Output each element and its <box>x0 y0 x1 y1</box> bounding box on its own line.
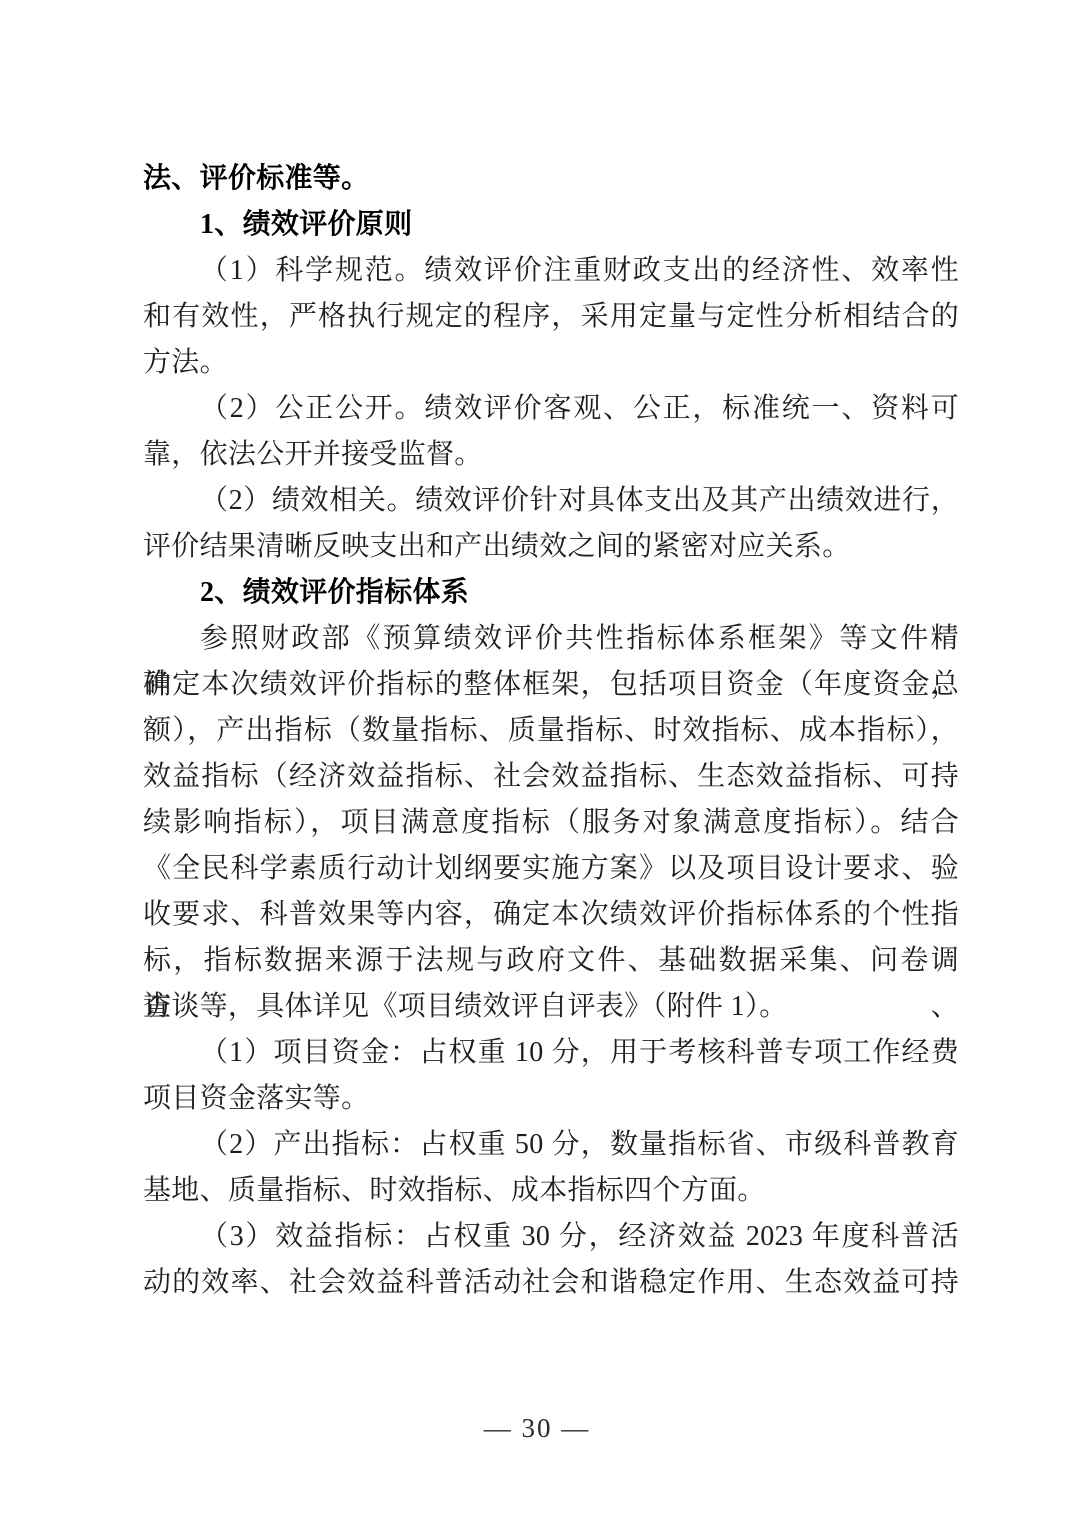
text-line: 基地、质量指标、时效指标、成本指标四个方面。 <box>143 1168 959 1214</box>
paragraph-principle-3: （2）绩效相关。绩效评价针对具体支出及其产出绩效进行，评价结果清晰反映支出和产出… <box>143 478 959 570</box>
text-line: 收要求、科普效果等内容，确定本次绩效评价指标体系的个性指 <box>143 892 959 938</box>
text-line: （3）效益指标：占权重 30 分，经济效益 2023 年度科普活 <box>143 1214 959 1260</box>
paragraph-item-output: （2）产出指标：占权重 50 分，数量指标省、市级科普教育基地、质量指标、时效指… <box>143 1122 959 1214</box>
text-line: 续影响指标），项目满意度指标（服务对象满意度指标）。结合 <box>143 800 959 846</box>
text-line: （2）绩效相关。绩效评价针对具体支出及其产出绩效进行， <box>143 478 959 524</box>
text-line: 动的效率、社会效益科普活动社会和谐稳定作用、生态效益可持 <box>143 1260 959 1306</box>
text-line: 《全民科学素质行动计划纲要实施方案》以及项目设计要求、验 <box>143 846 959 892</box>
text-line: 额），产出指标（数量指标、质量指标、时效指标、成本指标）， <box>143 708 959 754</box>
text-line: 2、绩效评价指标体系 <box>143 570 959 616</box>
text-line: 参照财政部《预算绩效评价共性指标体系框架》等文件精神， <box>143 616 959 662</box>
text-line: 和有效性，严格执行规定的程序，采用定量与定性分析相结合的 <box>143 294 959 340</box>
text-line: 法、评价标准等。 <box>143 156 959 202</box>
text-line: 靠，依法公开并接受监督。 <box>143 432 959 478</box>
page-number: — 30 — <box>0 1408 1074 1448</box>
text-line: 方法。 <box>143 340 959 386</box>
heading-1: 1、绩效评价原则 <box>143 202 959 248</box>
paragraph-principle-1: （1）科学规范。绩效评价注重财政支出的经济性、效率性和有效性，严格执行规定的程序… <box>143 248 959 386</box>
text-line: （1）项目资金：占权重 10 分，用于考核科普专项工作经费 <box>143 1030 959 1076</box>
document-body: 法、评价标准等。1、绩效评价原则（1）科学规范。绩效评价注重财政支出的经济性、效… <box>143 156 959 1306</box>
paragraph-item-funds: （1）项目资金：占权重 10 分，用于考核科普专项工作经费项目资金落实等。 <box>143 1030 959 1122</box>
text-line: （2）产出指标：占权重 50 分，数量指标省、市级科普教育 <box>143 1122 959 1168</box>
text-line: 项目资金落实等。 <box>143 1076 959 1122</box>
heading-2: 2、绩效评价指标体系 <box>143 570 959 616</box>
text-line: （2）公正公开。绩效评价客观、公正，标准统一、资料可 <box>143 386 959 432</box>
text-line: 1、绩效评价原则 <box>143 202 959 248</box>
paragraph-indicator-system: 参照财政部《预算绩效评价共性指标体系框架》等文件精神，确定本次绩效评价指标的整体… <box>143 616 959 1030</box>
document-page: 法、评价标准等。1、绩效评价原则（1）科学规范。绩效评价注重财政支出的经济性、效… <box>0 0 1074 1520</box>
paragraph-principle-2: （2）公正公开。绩效评价客观、公正，标准统一、资料可靠，依法公开并接受监督。 <box>143 386 959 478</box>
text-line: 效益指标（经济效益指标、社会效益指标、生态效益指标、可持 <box>143 754 959 800</box>
paragraph-item-benefit: （3）效益指标：占权重 30 分，经济效益 2023 年度科普活动的效率、社会效… <box>143 1214 959 1306</box>
paragraph-continuation: 法、评价标准等。 <box>143 156 959 202</box>
text-line: （1）科学规范。绩效评价注重财政支出的经济性、效率性 <box>143 248 959 294</box>
text-line: 确定本次绩效评价指标的整体框架，包括项目资金（年度资金总 <box>143 662 959 708</box>
text-line: 标，指标数据来源于法规与政府文件、基础数据采集、问卷调查、 <box>143 938 959 984</box>
text-line: 评价结果清晰反映支出和产出绩效之间的紧密对应关系。 <box>143 524 959 570</box>
